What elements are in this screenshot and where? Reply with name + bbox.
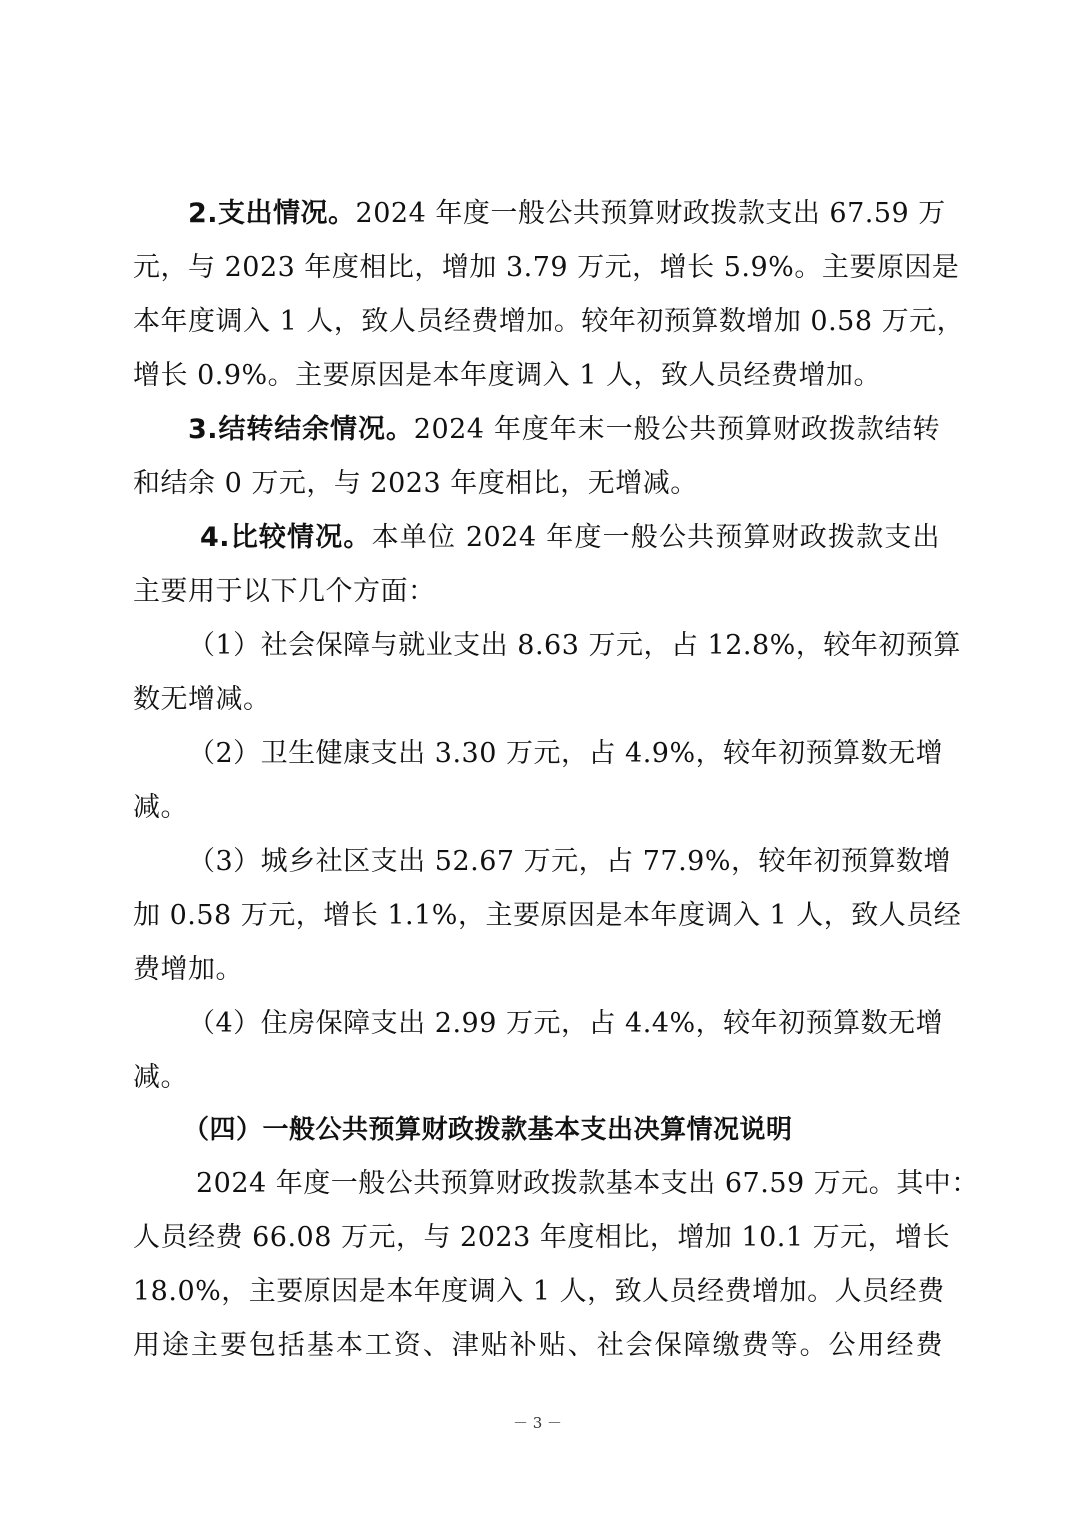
paragraph-line: 2.支出情况。2024 年度一般公共预算财政拨款支出 67.59 万 [188,196,940,232]
list-item-line: 加 0.58 万元，增长 1.1%，主要原因是本年度调入 1 人，致人员经 [133,898,943,934]
text: 本单位 2024 年度一般公共预算财政拨款支出 [372,522,940,553]
paragraph-line: 18.0%，主要原因是本年度调入 1 人，致人员经费增加。人员经费 [133,1274,943,1310]
paragraph-line: 和结余 0 万元，与 2023 年度相比，无增减。 [133,466,698,502]
list-item-line: （2）卫生健康支出 3.30 万元，占 4.9%，较年初预算数无增 [188,736,940,772]
paragraph-line: 人员经费 66.08 万元，与 2023 年度相比，增加 10.1 万元，增长 [133,1220,943,1256]
text: 2024 年度一般公共预算财政拨款支出 67.59 万 [356,198,946,229]
section-title-expenditure: 2.支出情况。 [188,198,356,229]
page-number: － 3 － [0,1412,1075,1433]
paragraph-line: 4.比较情况。本单位 2024 年度一般公共预算财政拨款支出 [200,520,940,556]
paragraph-line: 增长 0.9%。主要原因是本年度调入 1 人，致人员经费增加。 [133,358,881,394]
list-item-line: 减。 [133,1060,188,1096]
text: 2024 年度年末一般公共预算财政拨款结转 [414,414,940,445]
paragraph-line: 本年度调入 1 人，致人员经费增加。较年初预算数增加 0.58 万元， [133,304,943,340]
paragraph-line: 主要用于以下几个方面： [133,574,436,610]
section-title-comparison: 4.比较情况。 [200,522,372,553]
list-item-line: 费增加。 [133,952,243,988]
paragraph-line: 元，与 2023 年度相比，增加 3.79 万元，增长 5.9%。主要原因是 [133,250,943,286]
list-item-line: （3）城乡社区支出 52.67 万元，占 77.9%，较年初预算数增 [188,844,940,880]
list-item-line: 数无增减。 [133,682,271,718]
list-item-line: （1）社会保障与就业支出 8.63 万元，占 12.8%，较年初预算 [188,628,940,664]
paragraph-line: 2024 年度一般公共预算财政拨款基本支出 67.59 万元。其中： [196,1166,940,1202]
section-heading: （四）一般公共预算财政拨款基本支出决算情况说明 [183,1112,793,1148]
paragraph-line: 用途主要包括基本工资、津贴补贴、社会保障缴费等。公用经费 [133,1328,943,1364]
paragraph-line: 3.结转结余情况。2024 年度年末一般公共预算财政拨款结转 [188,412,940,448]
list-item-line: 减。 [133,790,188,826]
list-item-line: （4）住房保障支出 2.99 万元，占 4.4%，较年初预算数无增 [188,1006,940,1042]
section-title-carryover: 3.结转结余情况。 [188,414,414,445]
